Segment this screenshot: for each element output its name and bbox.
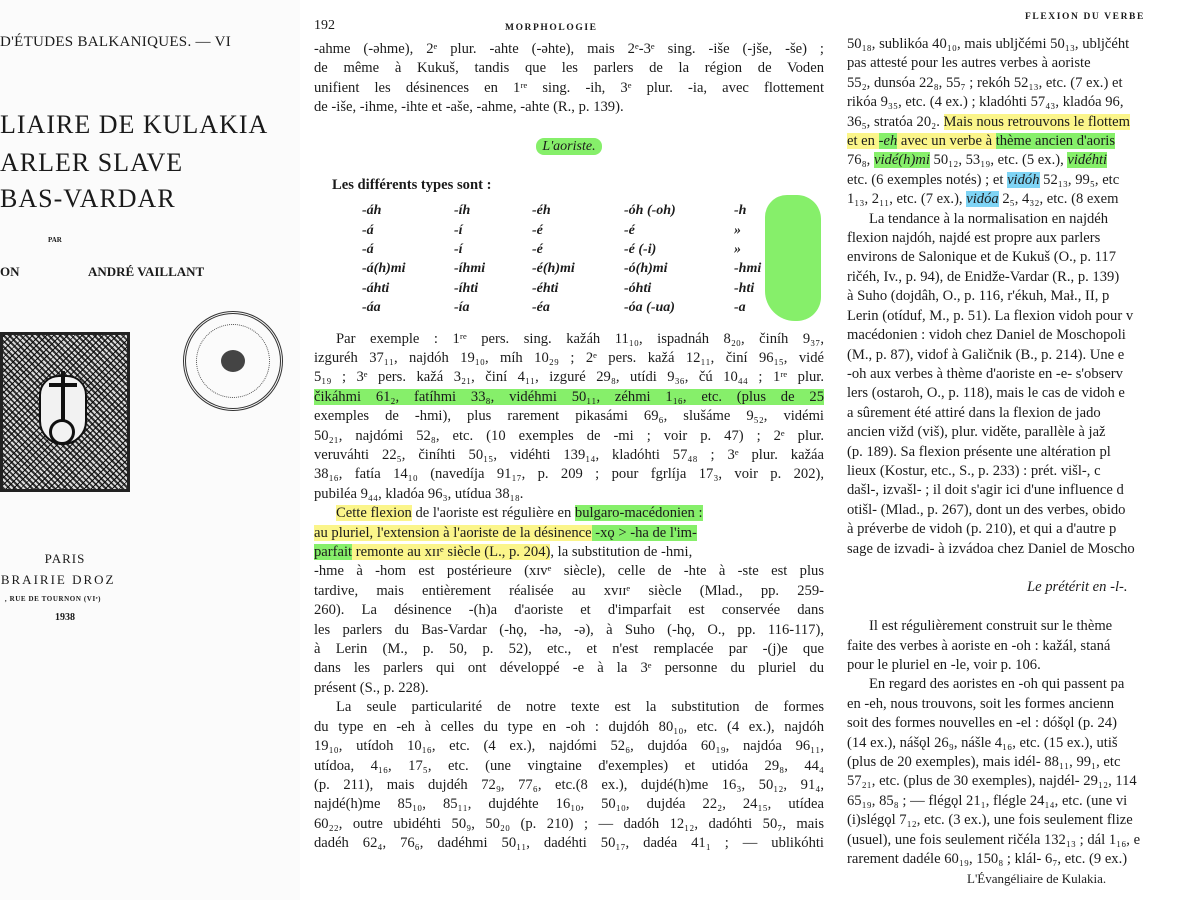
text-line: présent (S., p. 228).: [314, 679, 824, 698]
table-row: -áh-íh-éh-óh (-oh)-h: [362, 201, 824, 220]
text-line: 1₁₃, 2₁₁, etc. (7 ex.), vidóa 2₅, 4₃₂, e…: [847, 190, 1200, 209]
publisher-address: , RUE DE TOURNON (VIᵉ): [0, 595, 118, 603]
text-line: dadéh 62₄, 76₆, dadéhmi 50₁₁, dadéhti 50…: [314, 834, 824, 853]
text-line: 50₂₁, najdómi 52₈, etc. (10 exemples de …: [314, 427, 824, 446]
text-line: etc. (6 exemples notés) ; et vidóh 52₁₃,…: [847, 171, 1200, 190]
text-line: pubiléa 9₄₄, kladóa 96₃, utídua 38₁₈.: [314, 485, 824, 504]
text-line: lieux (Kostur, etc., S., p. 233) : prét.…: [847, 462, 1200, 481]
table-row: -á-í-é-é»: [362, 221, 824, 240]
text-line: (usuel), une fois seulement ričéla 132₁₃…: [847, 831, 1200, 850]
text-line: 76₈, vidé(h)mi 50₁₂, 53₁₉, etc. (5 ex.),…: [847, 151, 1200, 170]
text-line: 5₁₉ ; 3ᵉ pers. kažá 3₂₁, činí 4₁₁, izgur…: [314, 368, 824, 387]
publisher-city: PARIS: [0, 551, 130, 567]
text-line: et en -eh avec un verbe à thème ancien d…: [847, 132, 1200, 151]
text-line: faite des verbes à aoriste en -oh : kažá…: [847, 637, 1200, 656]
text-line: 38₁₆, fatía 14₁₀ (navedíja 91₁₇, p. 209 …: [314, 465, 824, 484]
text-line: (p. 189). Sa flexion présente une altéra…: [847, 443, 1200, 462]
page-footer: L'Évangéliaire de Kulakia.: [847, 869, 1200, 888]
highlight-green: -xǫ > -ha de l'im-: [592, 525, 697, 541]
text-line: -oh aux verbes à thème d'aoriste en -e- …: [847, 365, 1200, 384]
text-line: rarement dadéle 60₁₉, 150₈ ; klál- 6₇, e…: [847, 850, 1200, 869]
text-line: Cette flexion de l'aoriste est régulière…: [314, 504, 824, 523]
woodcut-ring-icon: [49, 419, 75, 445]
text-line: sage de izvadi- à izvádoa chez Daniel de…: [847, 540, 1200, 559]
text-line: en -eh, nous trouvons, soit les formes a…: [847, 695, 1200, 714]
page-193: FLEXION DU VERBE 50₁₈, sublikóa 40₁₀, ma…: [825, 0, 1200, 900]
publication-year: 1938: [0, 612, 130, 623]
text-line: (M., p. 87), vidof à Galičnik (B., p. 21…: [847, 346, 1200, 365]
main-text-column: -ahme (-ǝhme), 2ᵉ plur. -ahte (-ǝhte), m…: [314, 40, 824, 854]
text-line: -hme à -hom est postérieure (xɪᴠᵉ siècle…: [314, 562, 824, 581]
highlight-yellow: avec un verbe à: [897, 133, 995, 149]
stamp-emblem: [221, 350, 245, 372]
text-line: rikóa 9₃₅, etc. (4 ex.) ; kladóhti 57₄₃,…: [847, 93, 1200, 112]
highlight-blue: vidóa: [966, 191, 998, 207]
text-line: izguréh 37₁₁, najdóh 19₁₀, míh 10₂₉ ; 2ᵉ…: [314, 349, 824, 368]
highlight-blue: vidóh: [1007, 172, 1039, 188]
text-line: 50₁₈, sublikóa 40₁₀, mais ubljčémi 50₁₃,…: [847, 35, 1200, 54]
highlight-green: -eh: [879, 133, 898, 149]
text-line: les parlers du Bas-Vardar (-hǫ, -hǝ, -ǝ)…: [314, 621, 824, 640]
book-title-line-3: BAS-VARDAR: [0, 184, 176, 214]
text-line: Lerin (otíduf, M., p. 51). La flexion vi…: [847, 307, 1200, 326]
page-number: 192: [314, 18, 335, 34]
highlight-green: vidé(h)mi: [874, 152, 930, 168]
text-line: du type en -eh à celles du type en -oh :…: [314, 718, 824, 737]
text-line: (i)slégǫl 7₁₂, etc. (3 ex.), une fois se…: [847, 811, 1200, 830]
section-title: Le prétérit en -l-.: [847, 578, 1200, 597]
table-row: -áa-ía-éa-óa (-ua)-a: [362, 298, 824, 317]
text-line: Il est régulièrement construit sur le th…: [847, 617, 1200, 636]
text-line: 55₂, dunsóa 22₈, 55₇ ; rekóh 52₁₃, etc. …: [847, 74, 1200, 93]
text-line: 60₂₂, outre ubidéhti 50₉, 50₂₀ (p. 210) …: [314, 815, 824, 834]
table-row: -áhti-íhti-éhti-óhti-hti: [362, 279, 824, 298]
text-line: veruváhti 22₅, činíhti 50₁₅, vidéhti 139…: [314, 446, 824, 465]
highlight-green: thème ancien d'aoris: [996, 133, 1115, 149]
table-row: -á(h)mi-íhmi-é(h)mi-ó(h)mi-hmi: [362, 259, 824, 278]
highlight-green: bulgaro-macédonien :: [575, 505, 703, 521]
text-line: najdé(h)me 85₁₀, 85₁₁, dujdéhte 16₁₀, 50…: [314, 795, 824, 814]
author-2: ANDRÉ VAILLANT: [88, 264, 204, 279]
highlight-yellow: Mais nous retrouvons le flottem: [944, 114, 1130, 130]
text-line: à Lerin (M., p. 50, p. 52), etc., et n'e…: [314, 640, 824, 659]
text-line: (plus de 20 exemples), mais idél- 88₁₁, …: [847, 753, 1200, 772]
highlight-yellow: Cette flexion: [336, 505, 412, 521]
text-line: ričéh, Iv., p. 94), de Enidže-Vardar (R.…: [847, 268, 1200, 287]
text-line: environs de Salonique et de Kukuš (O., p…: [847, 248, 1200, 267]
highlight-green: parfait: [314, 544, 352, 560]
text-line: 36₅, stratóa 20₂. Mais nous retrouvons l…: [847, 113, 1200, 132]
highlight-yellow: au pluriel, l'extension à l'aoriste de l…: [314, 525, 592, 541]
text-line: à préverbe de vidoh (p. 210), et qui a d…: [847, 520, 1200, 539]
text-line: 19₁₀, utídoh 10₁₆, etc. (4 ex.), najdómi…: [314, 737, 824, 756]
text-line: 57₂₁, etc. (plus de 30 exemples), najdél…: [847, 772, 1200, 791]
text-line: de même à Kukuš, tandis que les parlers …: [314, 59, 824, 78]
table-row: -á-í-é-é (-i)»: [362, 240, 824, 259]
text-line: parfait remonte au xɪɪᵉ siècle (L., p. 2…: [314, 543, 824, 562]
text-line: unifient les désinences en 1ʳᵉ sing. -ih…: [314, 79, 824, 98]
highlight-green: vidéhti: [1067, 152, 1107, 168]
text-line: a sûrement été attiré dans la flexion de…: [847, 404, 1200, 423]
woodcut-crossbar: [49, 383, 77, 387]
highlight-yellow: et en: [847, 133, 879, 149]
section-title-highlight: L'aoriste.: [536, 138, 601, 155]
text-line: Par exemple : 1ʳᵉ pers. sing. kažáh 11₁₀…: [314, 330, 824, 349]
woodcut-cross-icon: [61, 371, 65, 421]
text-line: exemples de -hmi), plus rarement pikasám…: [314, 407, 824, 426]
main-text-column: 50₁₈, sublikóa 40₁₀, mais ubljčémi 50₁₃,…: [847, 11, 1200, 889]
authors: ONANDRÉ VAILLANT: [0, 264, 204, 280]
highlight-yellow: remonte au xɪɪᵉ siècle (L., p. 204): [352, 544, 550, 560]
text-line: au pluriel, l'extension à l'aoriste de l…: [314, 524, 824, 543]
text-line: (p. 211), mais dujdéh 72₉, 77₆, etc.(8 e…: [314, 776, 824, 795]
section-title: L'aoriste.: [314, 137, 824, 156]
text-line: otišl- (Mlad., p. 267), dont un des verb…: [847, 501, 1200, 520]
book-title-line-1: LIAIRE DE KULAKIA: [0, 110, 268, 140]
text-line: soit des formes nouvelles en -el : dóšǫl…: [847, 714, 1200, 733]
text-line: -ahme (-ǝhme), 2ᵉ plur. -ahte (-ǝhte), m…: [314, 40, 824, 59]
text-line: utídoa, 4₁₆, 17₅, etc. (une vingtaine d'…: [314, 757, 824, 776]
printer-device-woodcut-icon: [0, 332, 130, 492]
text-line: En regard des aoristes en -oh qui passen…: [847, 675, 1200, 694]
text-line: (14 ex.), nášǫl 26₉, nášle 4₁₆, etc. (15…: [847, 734, 1200, 753]
page-192: 192 MORPHOLOGIE -ahme (-ǝhme), 2ᵉ plur. …: [300, 0, 825, 900]
text-line: ancien vižd (viš), plur. viděte, parallè…: [847, 423, 1200, 442]
text-line: dans les parlers qui ont développé -e à …: [314, 659, 824, 678]
text-line: tardive, mais entièrement réalisée au xᴠ…: [314, 582, 824, 601]
stamp-inner-ring: [196, 324, 270, 398]
text-line: macédonien : vidoh chez Daniel de Moscho…: [847, 326, 1200, 345]
running-head: MORPHOLOGIE: [505, 23, 598, 33]
text-line: 65₁₉, 85₈ ; — flégǫl 21₁, flégle 24₁₄, e…: [847, 792, 1200, 811]
text-line: pour le pluriel en -le, voir p. 106.: [847, 656, 1200, 675]
types-intro: Les différents types sont :: [314, 176, 824, 195]
text-line: de -iše, -ihme, -ihte et -aše, -ahme, -a…: [314, 98, 824, 117]
par-label: PAR: [48, 236, 62, 244]
series-title: D'ÉTUDES BALKANIQUES. — VI: [0, 34, 231, 51]
text-line: čikáhmi 61₂, fatíhmi 33₈, vidéhmi 50₁₁, …: [314, 388, 824, 407]
library-stamp-icon: [183, 311, 283, 411]
text-line: 260). La désinence -(h)a d'aoriste et d'…: [314, 601, 824, 620]
author-1: ON: [0, 264, 88, 280]
title-page: D'ÉTUDES BALKANIQUES. — VI LIAIRE DE KUL…: [0, 0, 300, 900]
text-line: dašl-, izvašl- ; il doit s'agir ici d'un…: [847, 481, 1200, 500]
text-line: La tendance à la normalisation en najdéh: [847, 210, 1200, 229]
text-line: à Suho (dojdâh, O., p. 116, r'ékuh, Mał.…: [847, 287, 1200, 306]
text-line: flexion najdóh, najdé est propre aux par…: [847, 229, 1200, 248]
book-title-line-2: ARLER SLAVE: [0, 148, 183, 178]
text-line: lers (ostaroh, O., p. 118), mais le cas …: [847, 384, 1200, 403]
text-line: La seule particularité de notre texte es…: [314, 698, 824, 717]
aorist-types-table: -áh-íh-éh-óh (-oh)-h -á-í-é-é» -á-í-é-é …: [362, 201, 824, 317]
publisher-name: IBRAIRIE DROZ: [0, 572, 120, 588]
highlight-videhmi: čikáhmi 61₂, fatíhmi 33₈, vidéhmi 50₁₁, …: [314, 389, 824, 405]
text-line: pas attesté pour les autres verbes à aor…: [847, 54, 1200, 73]
